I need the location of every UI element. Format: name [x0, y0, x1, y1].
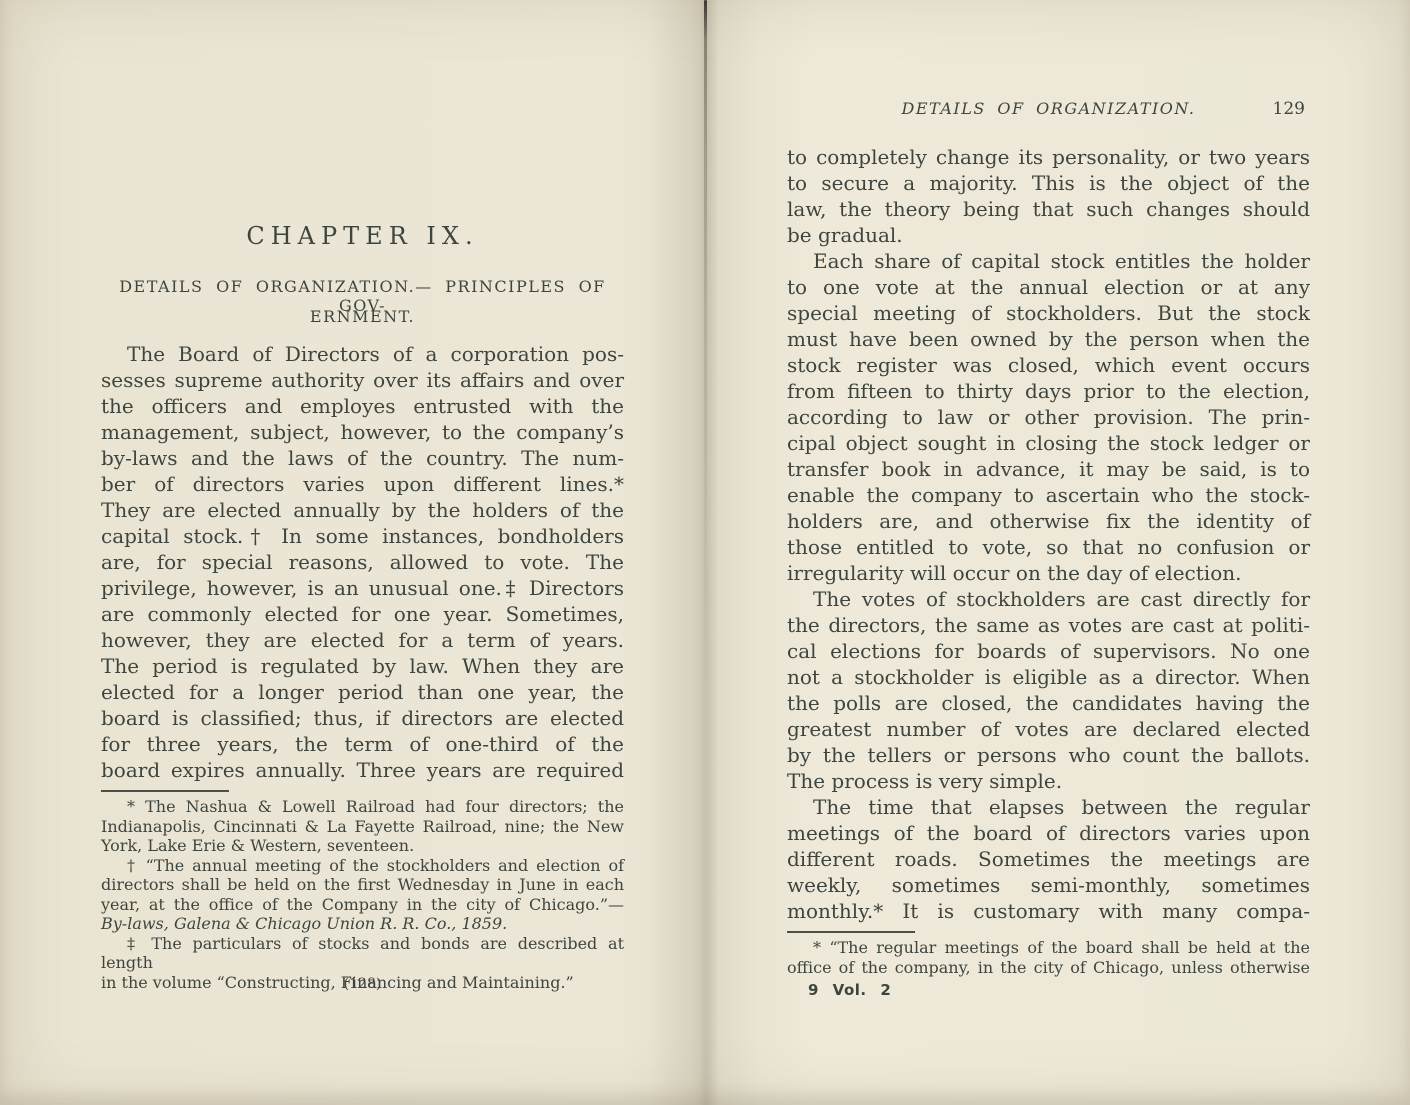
text-line: The time that elapses between the regula… [787, 794, 1310, 820]
text-line: according to law or other provision. The… [787, 404, 1310, 430]
footnote-line: By-laws, Galena & Chicago Union R. R. Co… [101, 914, 624, 934]
text-line: Each share of capital stock entitles the… [787, 248, 1310, 274]
text-line: the officers and employes entrusted with… [101, 393, 624, 419]
text-line: enable the company to ascertain who the … [787, 482, 1310, 508]
volume-signature: 9 Vol. 2 [808, 981, 891, 999]
paragraph: The time that elapses between the regula… [787, 794, 1310, 924]
left-page-body: The Board of Directors of a corporation … [101, 341, 624, 783]
text-line: law, the theory being that such changes … [787, 196, 1310, 222]
text-line: the directors, the same as votes are cas… [787, 612, 1310, 638]
footnote-line: directors shall be held on the first Wed… [101, 875, 624, 895]
text-line: elected for a longer period than one yea… [101, 679, 624, 705]
text-line: those entitled to vote, so that no confu… [787, 534, 1310, 560]
text-line: irregularity will occur on the day of el… [787, 560, 1310, 586]
text-line: sesses supreme authority over its affair… [101, 367, 624, 393]
gutter-crease [704, 0, 707, 685]
text-line: The Board of Directors of a corporation … [101, 341, 624, 367]
text-line: must have been owned by the person when … [787, 326, 1310, 352]
footnote-line: * The Nashua & Lowell Railroad had four … [101, 797, 624, 817]
text-line: cal elections for boards of supervisors.… [787, 638, 1310, 664]
footnote-line: ‡ The particulars of stocks and bonds ar… [101, 934, 624, 973]
text-line: board expires annually. Three years are … [101, 757, 624, 783]
text-line: to one vote at the annual election or at… [787, 274, 1310, 300]
text-line: the polls are closed, the candidates hav… [787, 690, 1310, 716]
right-page-body: to completely change its personality, or… [787, 144, 1310, 924]
footnote-line: York, Lake Erie & Western, seventeen. [101, 836, 624, 856]
text-line: holders are, and otherwise fix the ident… [787, 508, 1310, 534]
paragraph: to completely change its personality, or… [787, 144, 1310, 248]
text-line: however, they are elected for a term of … [101, 627, 624, 653]
text-line: are commonly elected for one year. Somet… [101, 601, 624, 627]
text-line: They are elected annually by the holders… [101, 497, 624, 523]
text-line: monthly.* It is customary with many comp… [787, 898, 1310, 924]
text-line: stock register was closed, which event o… [787, 352, 1310, 378]
text-line: management, subject, however, to the com… [101, 419, 624, 445]
running-head-title: DETAILS OF ORGANIZATION. [787, 99, 1310, 118]
text-line: capital stock.† In some instances, bondh… [101, 523, 624, 549]
running-head: DETAILS OF ORGANIZATION. 129 [787, 99, 1310, 118]
footnote-line: year, at the office of the Company in th… [101, 895, 624, 915]
text-line: board is classified; thus, if directors … [101, 705, 624, 731]
paragraph: The votes of stockholders are cast direc… [787, 586, 1310, 794]
chapter-subheading-line2: ERNMENT. [101, 307, 624, 326]
right-page-footnote: * “The regular meetings of the board sha… [787, 938, 1310, 977]
left-page-footnotes: * The Nashua & Lowell Railroad had four … [101, 797, 624, 992]
text-line: to secure a majority. This is the object… [787, 170, 1310, 196]
text-line: cipal object sought in closing the stock… [787, 430, 1310, 456]
footnote-rule-left [101, 790, 229, 792]
text-line: The votes of stockholders are cast direc… [787, 586, 1310, 612]
chapter-heading: CHAPTER IX. [101, 222, 624, 250]
text-line: be gradual. [787, 222, 1310, 248]
text-line: greatest number of votes are declared el… [787, 716, 1310, 742]
book-page-spread: CHAPTER IX. DETAILS OF ORGANIZATION.— PR… [0, 0, 1410, 1105]
footnote-line: † “The annual meeting of the stockholder… [101, 856, 624, 876]
footnote-line: * “The regular meetings of the board sha… [787, 938, 1310, 958]
text-line: meetings of the board of directors varie… [787, 820, 1310, 846]
text-line: The period is regulated by law. When the… [101, 653, 624, 679]
page-number: 129 [1273, 99, 1305, 119]
footnote-line: Indianapolis, Cincinnati & La Fayette Ra… [101, 817, 624, 837]
text-line: for three years, the term of one-third o… [101, 731, 624, 757]
text-line: The process is very simple. [787, 768, 1310, 794]
text-line: not a stockholder is eligible as a direc… [787, 664, 1310, 690]
footnote-rule-right [787, 931, 915, 933]
paragraph: Each share of capital stock entitles the… [787, 248, 1310, 586]
footnote-line: office of the company, in the city of Ch… [787, 958, 1310, 978]
text-line: by the tellers or persons who count the … [787, 742, 1310, 768]
text-line: transfer book in advance, it may be said… [787, 456, 1310, 482]
text-line: are, for special reasons, allowed to vot… [101, 549, 624, 575]
text-line: to completely change its personality, or… [787, 144, 1310, 170]
left-page-folio: (128) [101, 976, 624, 992]
text-line: ber of directors varies upon different l… [101, 471, 624, 497]
text-line: special meeting of stockholders. But the… [787, 300, 1310, 326]
text-line: privilege, however, is an unusual one.‡ … [101, 575, 624, 601]
text-line: from fifteen to thirty days prior to the… [787, 378, 1310, 404]
text-line: weekly, sometimes semi-monthly, sometime… [787, 872, 1310, 898]
text-line: different roads. Sometimes the meetings … [787, 846, 1310, 872]
text-line: by-laws and the laws of the country. The… [101, 445, 624, 471]
